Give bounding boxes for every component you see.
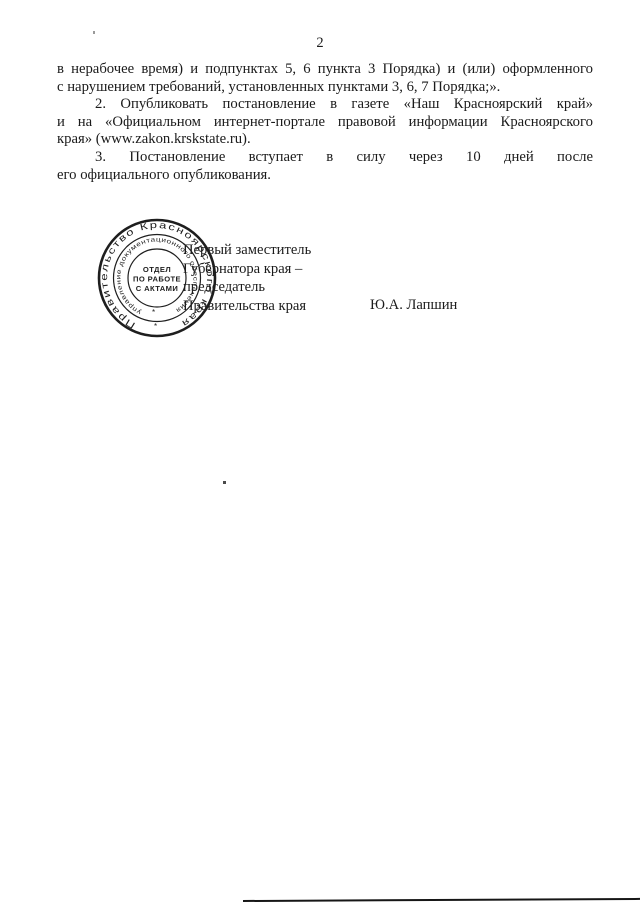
stamp-center-line: ОТДЕЛ bbox=[143, 265, 171, 274]
stamp-seal-graphic: Правительство Красноярского края управле… bbox=[95, 216, 219, 340]
stamp-separator-asterisk: * bbox=[154, 322, 157, 331]
official-round-stamp: Правительство Красноярского края управле… bbox=[95, 216, 219, 340]
stamp-center-line: ПО РАБОТЕ bbox=[133, 275, 181, 284]
body-line-paragraph-2: 2. Опубликовать постановление в газете «… bbox=[57, 96, 593, 114]
scan-edge-artifact-line bbox=[243, 898, 640, 902]
signatory-name: Ю.А. Лапшин bbox=[370, 296, 457, 315]
body-line: в нерабочее время) и подпунктах 5, 6 пун… bbox=[57, 61, 593, 79]
stamp-separator-asterisk: * bbox=[152, 308, 155, 317]
body-line: его официального опубликования. bbox=[57, 167, 593, 185]
body-line: с нарушением требований, установленных п… bbox=[57, 79, 593, 97]
body-line-url: края» (www.zakon.krskstate.ru). bbox=[57, 131, 593, 149]
body-line-paragraph-3: 3. Постановление вступает в силу через 1… bbox=[57, 149, 593, 167]
page-number: 2 bbox=[0, 35, 640, 52]
stamp-center-line: С АКТАМИ bbox=[136, 284, 179, 293]
scan-speck bbox=[93, 31, 95, 34]
scan-ink-dot bbox=[223, 481, 226, 484]
document-body: в нерабочее время) и подпунктах 5, 6 пун… bbox=[57, 61, 593, 184]
body-line: и на «Официальном интернет-портале право… bbox=[57, 114, 593, 132]
